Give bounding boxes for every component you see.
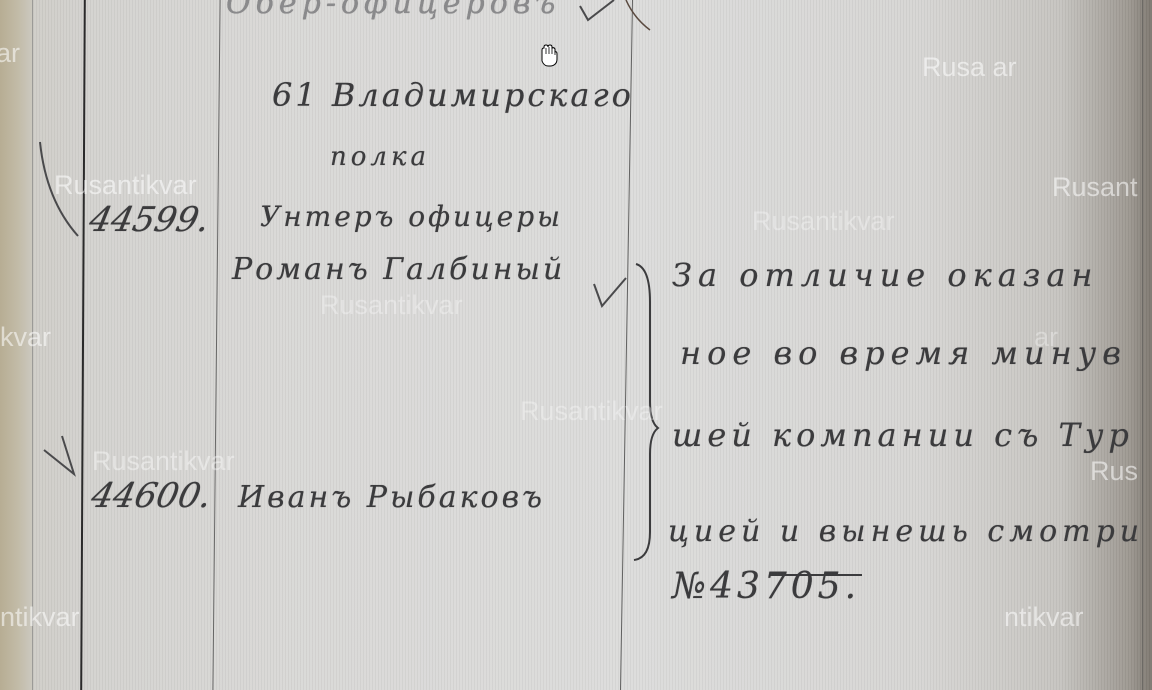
checkmark-icon [592, 276, 628, 310]
grouping-bracket [632, 262, 660, 562]
column-rule [212, 0, 220, 690]
watermark: Rusantikvar [752, 206, 895, 237]
reason-line: За отличие оказан [672, 256, 1098, 294]
checkmark-icon [578, 0, 618, 24]
hand-grab-icon [538, 44, 560, 68]
watermark: Rusant [1052, 172, 1138, 203]
entry-number: 44599. [86, 200, 213, 240]
register-page: Обер-офицеровъ 61 Владимирскаго полка Ун… [0, 0, 1152, 690]
regiment-label: полка [330, 142, 430, 172]
rank-label: Унтеръ офицеры [260, 200, 563, 233]
entry-name: Романъ Галбиный [232, 252, 565, 287]
watermark: Rusa ar [922, 52, 1017, 83]
reason-line: ное во время минув [680, 334, 1127, 372]
faded-heading: Обер-офицеровъ [226, 0, 560, 21]
watermark: Rusantikvar [320, 290, 463, 321]
column-rule [32, 0, 33, 690]
regiment-name: 61 Владимирскаго [272, 76, 634, 114]
column-rule [80, 0, 86, 690]
tick-mark-icon [36, 140, 82, 240]
watermark: Rusantikvar [92, 446, 235, 477]
entry-name: Иванъ Рыбаковъ [238, 480, 545, 515]
reason-line: цией и вынешь смотри [668, 514, 1144, 549]
award-reference-number: №43705. [672, 566, 860, 607]
entry-number: 44600. [88, 476, 215, 516]
ink-stroke [624, 0, 652, 34]
reason-line: шей компании съ Тур [672, 416, 1134, 454]
underline-stroke [770, 574, 862, 576]
column-rule [1142, 0, 1143, 690]
watermark: ntikvar [1004, 602, 1084, 633]
watermark: Rus [1090, 456, 1138, 487]
page-margin-strip [0, 0, 32, 690]
tick-mark-icon [40, 434, 80, 478]
